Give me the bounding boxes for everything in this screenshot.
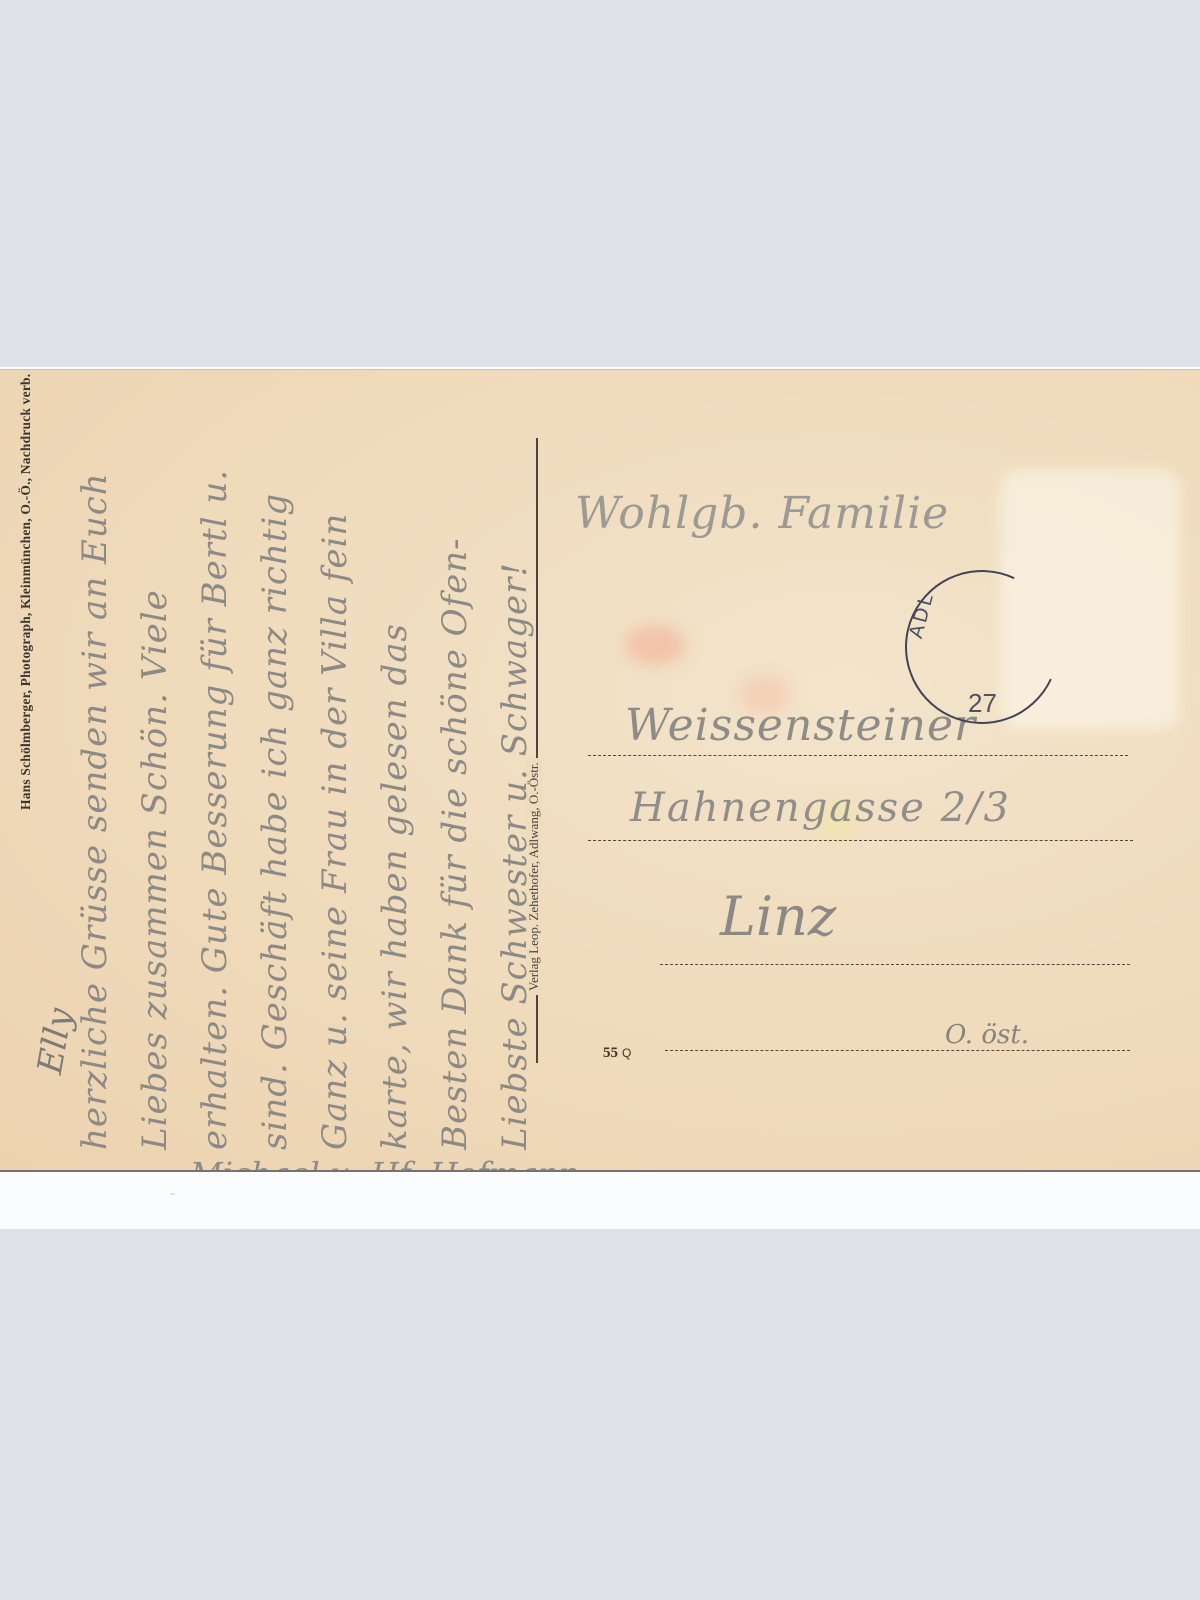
card-code: 55Q	[603, 1045, 631, 1062]
message-line: Liebes zusammen Schön. Viele	[135, 589, 175, 1150]
stain	[625, 625, 685, 665]
card-code-suffix: Q	[622, 1046, 631, 1060]
card-code-number: 55	[603, 1045, 618, 1061]
handwritten-message: Liebste Schwester u. Schwager! Besten Da…	[40, 430, 530, 1150]
postcard-scan: Hans Schölmberger, Photograph, Kleinmünc…	[0, 367, 1200, 1229]
address-salutation: Wohlgb. Familie	[575, 488, 949, 539]
signature: Michael u. Hf. Hofmann	[190, 1155, 580, 1172]
address-region: O. öst.	[945, 1020, 1029, 1050]
scan-speck: ~	[170, 1189, 175, 1199]
postmark-date: 27	[968, 688, 997, 719]
message-line: Ganz u. seine Frau in der Villa fein	[315, 513, 355, 1150]
address-name: Weissensteiner	[625, 700, 976, 751]
message-line: sind. Geschäft habe ich ganz richtig	[255, 493, 295, 1150]
address-city: Linz	[720, 885, 836, 948]
message-line: Liebste Schwester u. Schwager!	[495, 562, 535, 1150]
address-street: Hahnengasse 2/3	[630, 785, 1011, 831]
message-line: Besten Dank für die schöne Ofen-	[435, 537, 475, 1150]
photographer-credit: Hans Schölmberger, Photograph, Kleinmünc…	[18, 374, 34, 810]
message-line: karte, wir haben gelesen das	[375, 623, 415, 1150]
address-line-2	[588, 840, 1133, 841]
address-line-3	[660, 964, 1130, 965]
postcard-back: Hans Schölmberger, Photograph, Kleinmünc…	[0, 369, 1200, 1172]
address-line-4	[665, 1050, 1130, 1051]
message-line: erhalten. Gute Besserung für Bertl u.	[195, 469, 235, 1150]
address-line-1	[588, 755, 1128, 756]
message-line: herzliche Grüsse senden wir an Euch	[75, 472, 115, 1150]
